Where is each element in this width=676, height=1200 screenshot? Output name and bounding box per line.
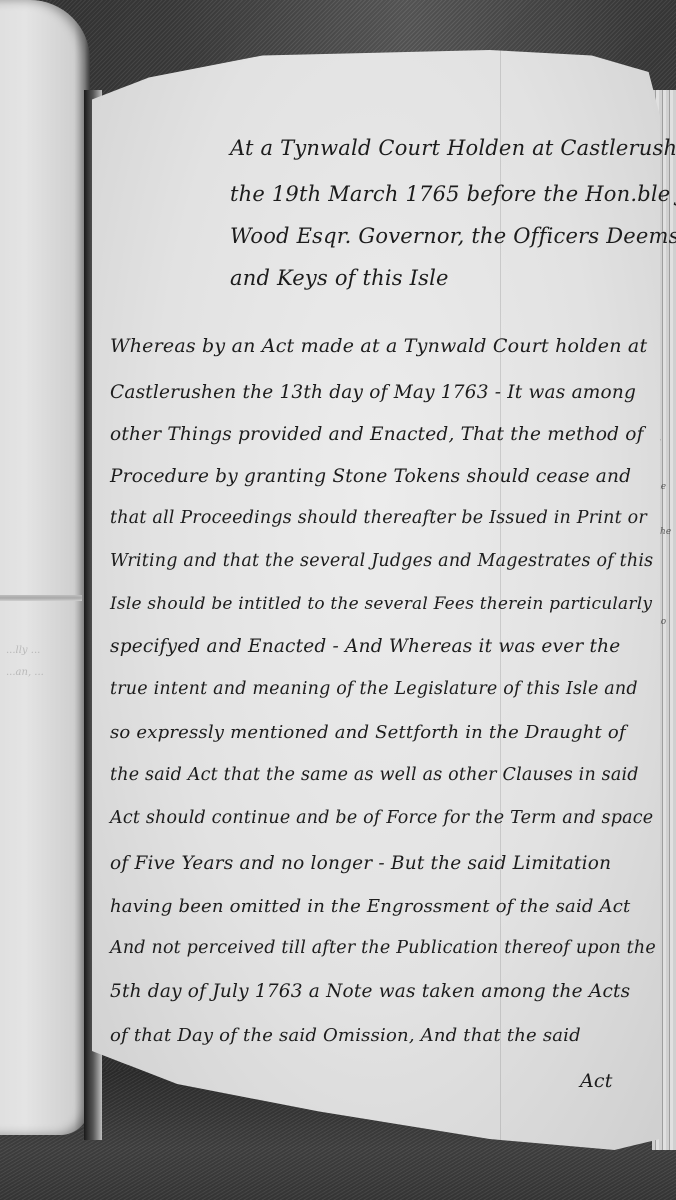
body-line-15: And not perceived till after the Publica…: [110, 938, 656, 958]
heading-line-3: Wood Esqr. Governor, the Officers Deemst…: [230, 224, 676, 248]
body-line-12: Act should continue and be of Force for …: [110, 808, 653, 828]
body-line-16: 5th day of July 1763 a Note was taken am…: [110, 981, 630, 1002]
body-line-10: so expressly mentioned and Settforth in …: [110, 722, 626, 743]
heading-line-2: the 19th March 1765 before the Hon.ble J…: [230, 182, 676, 206]
body-line-14: having been omitted in the Engrossment o…: [110, 896, 630, 917]
body-line-5: that all Proceedings should thereafter b…: [110, 508, 647, 528]
body-line-9: true intent and meaning of the Legislatu…: [110, 679, 638, 699]
body-line-13: of Five Years and no longer - But the sa…: [110, 853, 611, 874]
body-line-2: Castlerushen the 13th day of May 1763 - …: [110, 382, 636, 403]
heading-line-4: and Keys of this Isle: [230, 266, 449, 290]
left-page-bleedthrough: ...lly ... ...an, ...: [6, 640, 76, 684]
body-line-1: Whereas by an Act made at a Tynwald Cour…: [110, 335, 647, 357]
body-line-11: the said Act that the same as well as ot…: [110, 765, 639, 785]
body-line-4: Procedure by granting Stone Tokens shoul…: [110, 466, 631, 487]
catchword: Act: [580, 1070, 613, 1092]
body-line-17: of that Day of the said Omission, And th…: [110, 1025, 581, 1046]
body-line-8: specifyed and Enacted - And Whereas it w…: [110, 636, 620, 657]
body-line-6: Writing and that the several Judges and …: [110, 551, 653, 571]
body-line-3: other Things provided and Enacted, That …: [110, 424, 644, 445]
page-fold-crease: [0, 595, 82, 601]
body-line-7: Isle should be intitled to the several F…: [110, 594, 652, 614]
facing-left-page: ...lly ... ...an, ...: [0, 0, 90, 1135]
heading-line-1: At a Tynwald Court Holden at Castlerushe…: [230, 136, 676, 160]
